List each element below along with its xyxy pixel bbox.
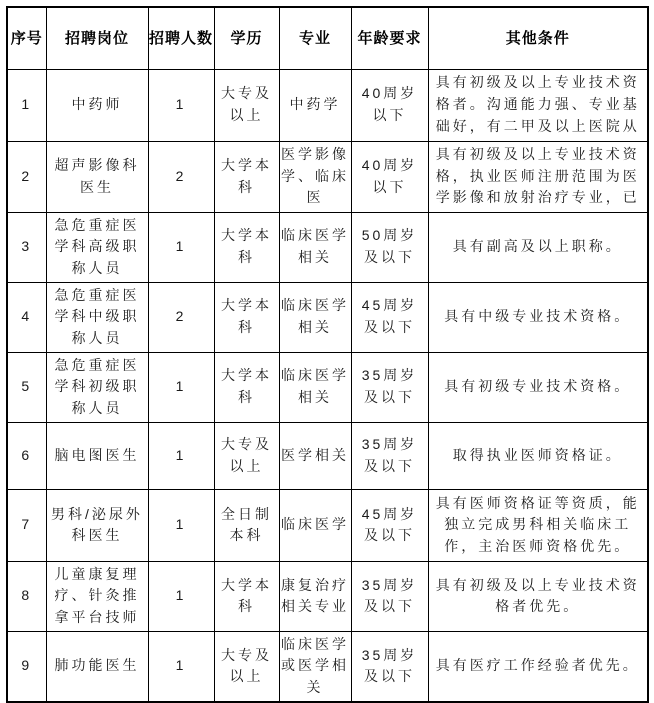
cell-conditions: 具有医疗工作经验者优先。 (428, 631, 648, 702)
cell-position: 急危重症医学科初级职称人员 (46, 352, 148, 422)
recruitment-table: 序号 招聘岗位 招聘人数 学历 专业 年龄要求 其他条件 1 中药师 1 大专及… (6, 6, 649, 703)
cell-no: 3 (7, 212, 46, 282)
cell-education: 大学本科 (214, 352, 279, 422)
header-count: 招聘人数 (148, 7, 214, 69)
cell-conditions: 具有初级及以上专业技术资格者优先。 (428, 561, 648, 631)
cell-no: 9 (7, 631, 46, 702)
cell-major: 临床医学相关 (279, 212, 351, 282)
cell-age: 35周岁及以下 (351, 631, 428, 702)
cell-count: 2 (148, 282, 214, 352)
header-conditions: 其他条件 (428, 7, 648, 69)
cell-education: 大专及以上 (214, 631, 279, 702)
cell-major: 医学相关 (279, 422, 351, 489)
cell-position: 儿童康复理疗、针灸推拿平台技师 (46, 561, 148, 631)
table-row: 1 中药师 1 大专及以上 中药学 40周岁以下 具有初级及以上专业技术资格者。… (7, 69, 648, 141)
cell-conditions: 具有医师资格证等资质，能独立完成男科相关临床工作，主治医师资格优先。 (428, 489, 648, 561)
cell-conditions: 取得执业医师资格证。 (428, 422, 648, 489)
cell-count: 1 (148, 69, 214, 141)
header-major: 专业 (279, 7, 351, 69)
cell-major: 临床医学相关 (279, 282, 351, 352)
cell-no: 2 (7, 141, 46, 212)
cell-conditions: 具有初级专业技术资格。 (428, 352, 648, 422)
page: 序号 招聘岗位 招聘人数 学历 专业 年龄要求 其他条件 1 中药师 1 大专及… (0, 0, 654, 691)
cell-age: 40周岁以下 (351, 69, 428, 141)
cell-position: 中药师 (46, 69, 148, 141)
table-row: 5 急危重症医学科初级职称人员 1 大学本科 临床医学相关 35周岁及以下 具有… (7, 352, 648, 422)
cell-no: 7 (7, 489, 46, 561)
cell-age: 35周岁及以下 (351, 422, 428, 489)
cell-count: 1 (148, 352, 214, 422)
cell-major: 医学影像学、临床医 (279, 141, 351, 212)
cell-age: 35周岁及以下 (351, 561, 428, 631)
cell-education: 大学本科 (214, 282, 279, 352)
cell-age: 45周岁及以下 (351, 489, 428, 561)
cell-major: 中药学 (279, 69, 351, 141)
cell-education: 大专及以上 (214, 422, 279, 489)
cell-age: 45周岁及以下 (351, 282, 428, 352)
cell-age: 50周岁及以下 (351, 212, 428, 282)
table-row: 2 超声影像科医生 2 大学本科 医学影像学、临床医 40周岁以下 具有初级及以… (7, 141, 648, 212)
table-row: 6 脑电图医生 1 大专及以上 医学相关 35周岁及以下 取得执业医师资格证。 (7, 422, 648, 489)
table-row: 7 男科/泌尿外科医生 1 全日制本科 临床医学 45周岁及以下 具有医师资格证… (7, 489, 648, 561)
cell-count: 1 (148, 212, 214, 282)
cell-major: 临床医学 (279, 489, 351, 561)
cell-conditions: 具有初级及以上专业技术资格，执业医师注册范围为医学影像和放射治疗专业，已 (428, 141, 648, 212)
cell-conditions: 具有中级专业技术资格。 (428, 282, 648, 352)
cell-age: 35周岁及以下 (351, 352, 428, 422)
cell-education: 大学本科 (214, 141, 279, 212)
cell-count: 1 (148, 631, 214, 702)
cell-count: 1 (148, 561, 214, 631)
cell-position: 脑电图医生 (46, 422, 148, 489)
table-row: 9 肺功能医生 1 大专及以上 临床医学或医学相关 35周岁及以下 具有医疗工作… (7, 631, 648, 702)
header-no: 序号 (7, 7, 46, 69)
cell-no: 5 (7, 352, 46, 422)
cell-conditions: 具有副高及以上职称。 (428, 212, 648, 282)
header-education: 学历 (214, 7, 279, 69)
table-row: 8 儿童康复理疗、针灸推拿平台技师 1 大学本科 康复治疗相关专业 35周岁及以… (7, 561, 648, 631)
cell-no: 4 (7, 282, 46, 352)
cell-conditions: 具有初级及以上专业技术资格者。沟通能力强、专业基础好，有二甲及以上医院从 (428, 69, 648, 141)
cell-position: 肺功能医生 (46, 631, 148, 702)
header-age: 年龄要求 (351, 7, 428, 69)
cell-count: 1 (148, 422, 214, 489)
cell-position: 急危重症医学科高级职称人员 (46, 212, 148, 282)
cell-count: 2 (148, 141, 214, 212)
table-header-row: 序号 招聘岗位 招聘人数 学历 专业 年龄要求 其他条件 (7, 7, 648, 69)
cell-age: 40周岁以下 (351, 141, 428, 212)
cell-no: 8 (7, 561, 46, 631)
cell-education: 大学本科 (214, 212, 279, 282)
cell-education: 全日制本科 (214, 489, 279, 561)
cell-position: 急危重症医学科中级职称人员 (46, 282, 148, 352)
header-position: 招聘岗位 (46, 7, 148, 69)
table-row: 4 急危重症医学科中级职称人员 2 大学本科 临床医学相关 45周岁及以下 具有… (7, 282, 648, 352)
cell-count: 1 (148, 489, 214, 561)
table-row: 3 急危重症医学科高级职称人员 1 大学本科 临床医学相关 50周岁及以下 具有… (7, 212, 648, 282)
cell-position: 男科/泌尿外科医生 (46, 489, 148, 561)
cell-education: 大专及以上 (214, 69, 279, 141)
cell-major: 康复治疗相关专业 (279, 561, 351, 631)
cell-position: 超声影像科医生 (46, 141, 148, 212)
cell-education: 大学本科 (214, 561, 279, 631)
cell-major: 临床医学相关 (279, 352, 351, 422)
cell-major: 临床医学或医学相关 (279, 631, 351, 702)
cell-no: 1 (7, 69, 46, 141)
cell-no: 6 (7, 422, 46, 489)
